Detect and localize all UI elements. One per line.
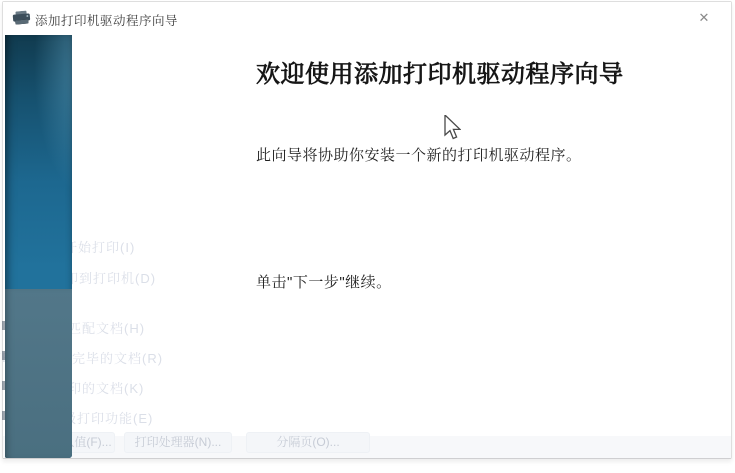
instruction-text: 单击"下一步"继续。 [256,271,392,292]
page-title: 欢迎使用添加打印机驱动程序向导 [256,54,624,89]
intro-text: 此向导将协助你安装一个新的打印机驱动程序。 [256,144,582,165]
titlebar: 添加打印机驱动程序向导 ✕ [3,2,731,34]
wizard-window: 立即开始打印(I) 直接打印到打印机(D) 挂起不匹配文档(H) 首先打印后台处… [2,1,732,459]
wizard-content: 欢迎使用添加打印机驱动程序向导 此向导将协助你安装一个新的打印机驱动程序。 单击… [3,2,731,458]
cursor-arrow-icon [444,115,461,146]
close-icon: ✕ [699,10,710,26]
window-title: 添加打印机驱动程序向导 [35,11,178,29]
screen: 立即开始打印(I) 直接打印到打印机(D) 挂起不匹配文档(H) 首先打印后台处… [0,0,735,473]
printer-icon [12,11,32,25]
close-button[interactable]: ✕ [691,6,717,30]
